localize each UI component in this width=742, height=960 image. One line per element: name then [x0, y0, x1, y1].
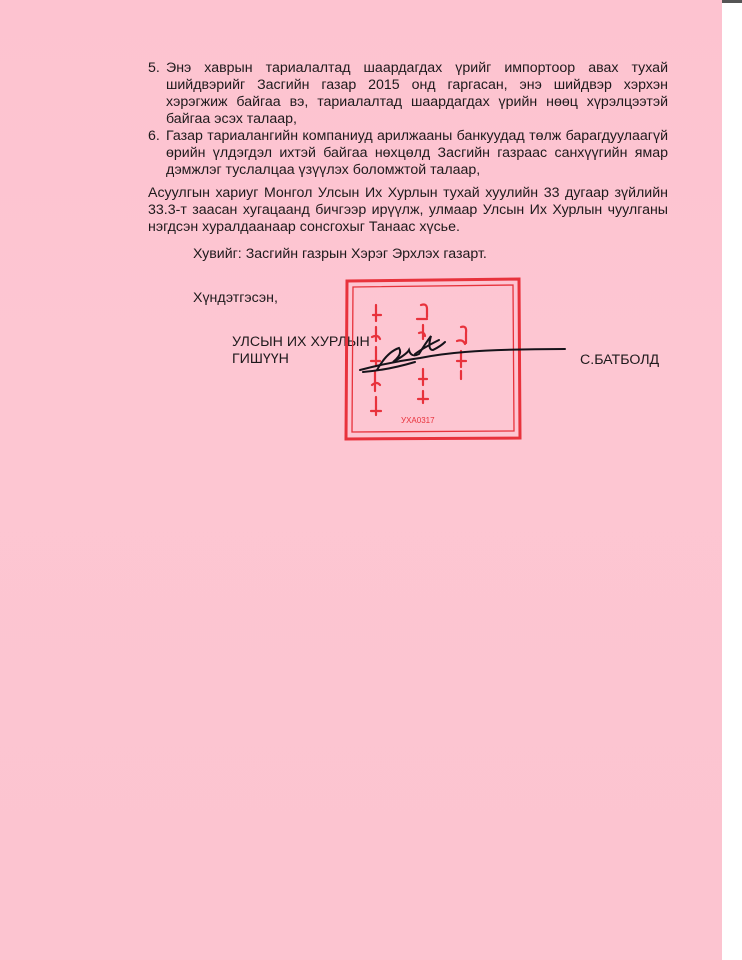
signatory-name: С.БАТБОЛД: [580, 352, 659, 369]
signatory-title-line2: ГИШҮҮН: [232, 351, 289, 368]
request-paragraph: Асуулгын хариуг Монгол Улсын Их Хурлын т…: [148, 185, 668, 236]
list-item-text: Газар тариалангийн компаниуд арилжааны б…: [166, 128, 668, 179]
list-item-number: 5.: [148, 60, 166, 128]
list-item: 6. Газар тариалангийн компаниуд арилжаан…: [148, 128, 668, 179]
closing-salutation: Хүндэтгэсэн,: [193, 290, 278, 307]
handwritten-signature-icon: [355, 330, 570, 380]
list-item: 5. Энэ хаврын тариалалтад шаардагдах үри…: [148, 60, 668, 128]
list-item-number: 6.: [148, 128, 166, 179]
numbered-list: 5. Энэ хаврын тариалалтад шаардагдах үри…: [148, 60, 668, 179]
list-item-text: Энэ хаврын тариалалтад шаардагдах үрийг …: [166, 60, 668, 128]
copy-to-line: Хувийг: Засгийн газрын Хэрэг Эрхлэх газа…: [193, 246, 487, 263]
scan-edge-mark: [722, 0, 742, 3]
svg-text:УХА0317: УХА0317: [401, 416, 435, 425]
